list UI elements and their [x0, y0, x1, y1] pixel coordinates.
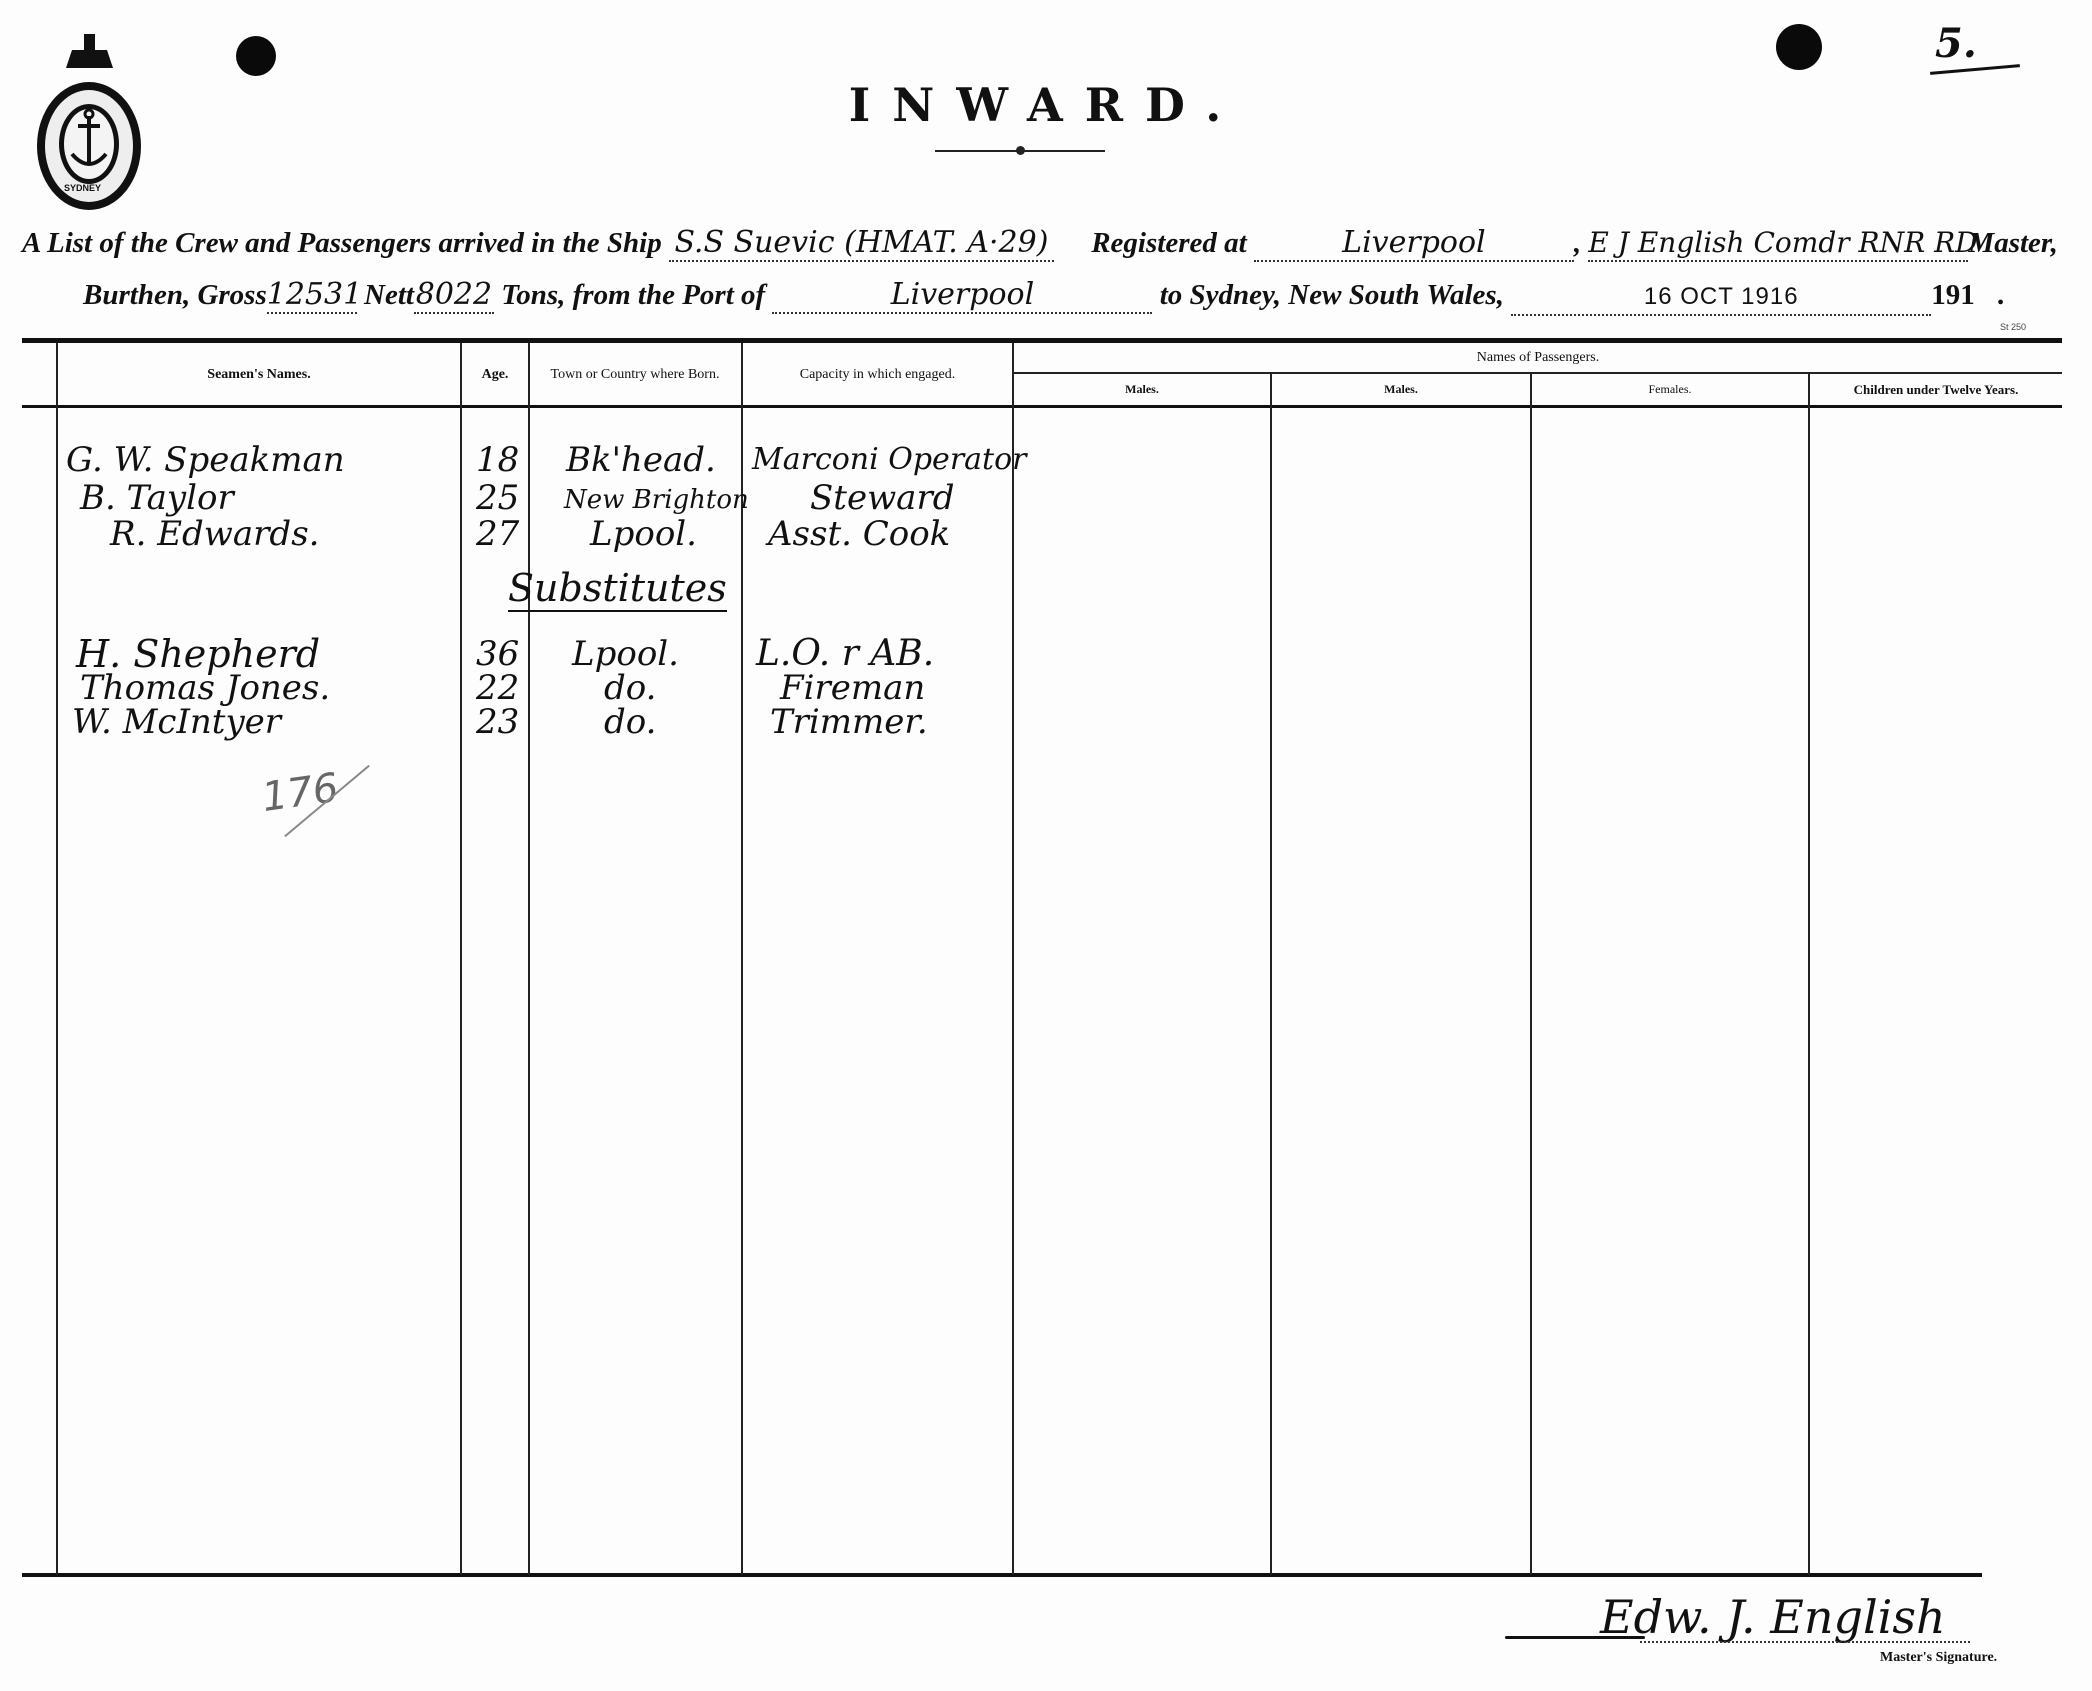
crew-name: W. McIntyer	[72, 702, 281, 742]
punch-hole-right	[1776, 24, 1822, 70]
registered-port-field[interactable]: Liverpool	[1254, 226, 1574, 262]
header-names-of-passengers: Names of Passengers.	[1014, 343, 2062, 372]
form-code: St 250	[2000, 322, 2026, 332]
header-bottom-rule	[22, 405, 2062, 408]
header-children: Children under Twelve Years.	[1810, 374, 2062, 405]
substitutes-label: Substitutes	[508, 568, 727, 612]
crew-capacity: Marconi Operator	[752, 440, 1027, 480]
tons-from-port-label: Tons, from the Port of	[501, 279, 765, 311]
header-females: Females.	[1532, 374, 1808, 405]
master-label: Master,	[1968, 227, 2057, 259]
line-end: .	[1998, 279, 2005, 311]
list-intro-label: A List of the Crew and Passengers arrive…	[22, 227, 662, 259]
nett-label: Nett	[364, 279, 414, 311]
col-divider-age	[460, 343, 462, 1575]
header-males-2: Males.	[1272, 374, 1530, 405]
year-prefix: 191	[1931, 279, 1975, 311]
col-divider-passengers	[1012, 343, 1014, 1575]
destination-label: to Sydney, New South Wales,	[1160, 279, 1504, 311]
col-divider-children	[1808, 374, 1810, 1575]
port-from-field[interactable]: Liverpool	[772, 278, 1152, 314]
signature-flourish	[1505, 1636, 1645, 1639]
master-signature: Edw. J. English	[1600, 1590, 1946, 1644]
crew-name: G. W. Speakman	[66, 440, 345, 480]
document-title: INWARD.	[0, 78, 2092, 132]
nett-tons-field[interactable]: 8022	[414, 278, 494, 314]
crew-age: 25	[476, 478, 519, 518]
crew-age: 23	[476, 702, 519, 742]
header-age: Age.	[462, 343, 528, 405]
title-ornament-dot	[1016, 146, 1025, 155]
crew-capacity: Asst. Cook	[768, 514, 950, 554]
punch-hole-left	[236, 36, 276, 76]
crew-capacity: Trimmer.	[770, 702, 928, 742]
signature-line	[1640, 1641, 1970, 1643]
header-born: Town or Country where Born.	[545, 343, 725, 405]
col-divider-males2	[1270, 374, 1272, 1575]
signature-label: Master's Signature.	[1880, 1650, 1997, 1666]
crew-age: 27	[476, 514, 519, 554]
header-capacity: Capacity in which engaged.	[743, 343, 1012, 405]
burthen-label: Burthen, Gross	[83, 279, 267, 311]
crew-capacity: Steward	[810, 478, 954, 518]
emblem-text: SYDNEY	[64, 183, 101, 193]
page-number: 5.	[1935, 20, 1977, 67]
master-name-field[interactable]: E J English Comdr RNR RD	[1588, 226, 1968, 262]
col-divider-females	[1530, 374, 1532, 1575]
crew-name: R. Edwards.	[110, 514, 319, 554]
registered-label: Registered at	[1091, 227, 1246, 259]
header-line-2: Burthen, Gross12531 Nett8022 Tons, from …	[83, 278, 2005, 316]
ship-name-field[interactable]: S.S Suevic (HMAT. A·29)	[669, 226, 1054, 262]
crew-age: 18	[476, 440, 519, 480]
crew-name: B. Taylor	[80, 478, 234, 518]
header-seamens-names: Seamen's Names.	[58, 343, 460, 405]
gross-tons-field[interactable]: 12531	[267, 278, 357, 314]
crew-born: Lpool.	[590, 514, 697, 554]
date-stamp[interactable]: 16 OCT 1916	[1511, 280, 1931, 316]
col-divider-names-left	[56, 343, 58, 1575]
col-divider-capacity	[741, 343, 743, 1575]
header-males-1: Males.	[1014, 374, 1270, 405]
crew-born: do.	[604, 702, 656, 742]
crew-born: Bk'head.	[566, 440, 716, 480]
table-bottom-rule	[22, 1573, 1982, 1577]
header-line-1: A List of the Crew and Passengers arrive…	[22, 226, 2058, 262]
col-divider-born	[528, 343, 530, 1575]
pencil-tally-note: 176	[259, 765, 341, 821]
